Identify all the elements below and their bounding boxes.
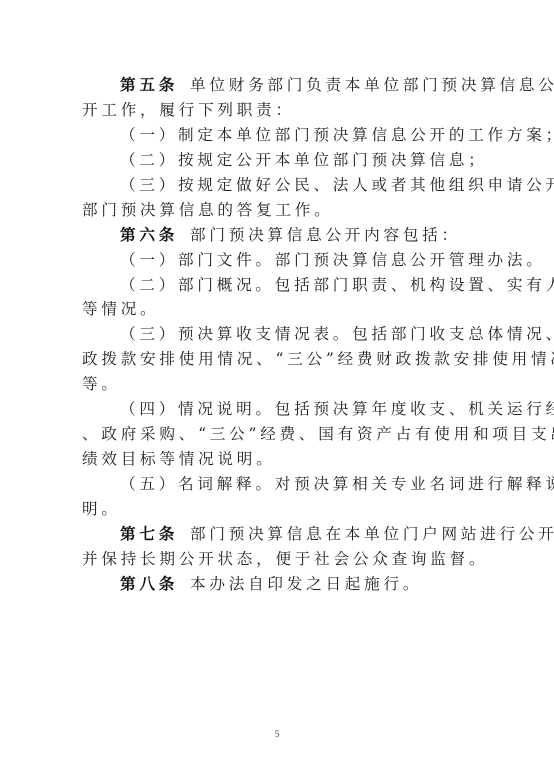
article-5-line-2: 开工作，履行下列职责： (82, 98, 468, 123)
paragraph-text: 部门预决算信息在本单位门户网站进行公开， (190, 525, 554, 543)
article-5-item-2: （二）按规定公开本单位部门预决算信息； (82, 148, 468, 173)
article-5-item-1: （一）制定本单位部门预决算信息公开的工作方案； (82, 123, 468, 148)
article-heading: 第八条 (120, 574, 178, 593)
article-6-item-5-line-2: 明。 (82, 497, 468, 522)
paragraph-text: 部门预决算信息公开内容包括： (190, 226, 461, 244)
article-6-item-2-line-1: （二）部门概况。包括部门职责、机构设置、实有人员 (82, 273, 468, 298)
article-5-line-1: 第五条单位财务部门负责本单位部门预决算信息公 (82, 73, 468, 98)
article-6-item-5-line-1: （五）名词解释。对预决算相关专业名词进行解释说 (82, 472, 468, 497)
article-5-item-3-line-1: （三）按规定做好公民、法人或者其他组织申请公开 (82, 173, 468, 198)
article-6-item-3-line-3: 等。 (82, 372, 468, 397)
article-6-item-2-line-2: 等情况。 (82, 297, 468, 322)
paragraph-text: 单位财务部门负责本单位部门预决算信息公 (190, 76, 554, 94)
page-number: 5 (0, 729, 554, 739)
article-6-item-4-line-3: 绩效目标等情况说明。 (82, 447, 468, 472)
document-body: 第五条单位财务部门负责本单位部门预决算信息公 开工作，履行下列职责： （一）制定… (82, 73, 468, 597)
article-heading: 第五条 (120, 75, 178, 94)
paragraph-text: 本办法自印发之日起施行。 (190, 575, 422, 593)
article-6-item-4-line-2: 、政府采购、“三公”经费、国有资产占有使用和项目支出 (82, 422, 468, 447)
article-heading: 第六条 (120, 225, 178, 244)
article-6-item-3-line-1: （三）预决算收支情况表。包括部门收支总体情况、财 (82, 322, 468, 347)
article-7-line-1: 第七条部门预决算信息在本单位门户网站进行公开， (82, 522, 468, 547)
document-page: 第五条单位财务部门负责本单位部门预决算信息公 开工作，履行下列职责： （一）制定… (0, 0, 554, 783)
article-6-item-3-line-2: 政拨款安排使用情况、“三公”经费财政拨款安排使用情况 (82, 347, 468, 372)
article-6-item-4-line-1: （四）情况说明。包括预决算年度收支、机关运行经费 (82, 397, 468, 422)
article-heading: 第七条 (120, 524, 178, 543)
article-8-line-1: 第八条本办法自印发之日起施行。 (82, 572, 468, 597)
article-7-line-2: 并保持长期公开状态，便于社会公众查询监督。 (82, 547, 468, 572)
article-5-item-3-line-2: 部门预决算信息的答复工作。 (82, 198, 468, 223)
article-6-item-1: （一）部门文件。部门预决算信息公开管理办法。 (82, 248, 468, 273)
article-6-line-1: 第六条部门预决算信息公开内容包括： (82, 223, 468, 248)
